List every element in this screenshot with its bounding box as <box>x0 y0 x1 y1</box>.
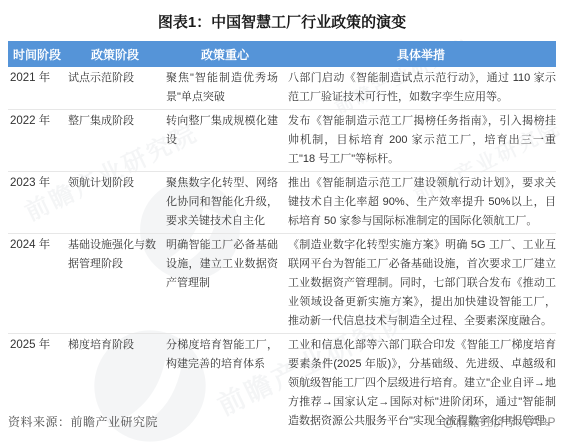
header-policy-focus: 政策重心 <box>164 46 286 63</box>
cell-measures: 推出《智能制造示范工厂建设领航行动计划》，要求关键技术自主化率超 90%、生产效… <box>286 173 556 231</box>
cell-period: 2021 年 <box>8 68 66 107</box>
header-policy-stage: 政策阶段 <box>66 46 164 63</box>
cell-stage: 领航计划阶段 <box>66 173 164 231</box>
cell-measures: 八部门启动《智能制造试点示范行动》，通过 110 家示范工厂验证技术可行性，如数… <box>286 68 556 107</box>
cell-period: 2024 年 <box>8 235 66 331</box>
policy-table: 时间阶段 政策阶段 政策重心 具体举措 2021 年 试点示范阶段 聚焦"智能制… <box>8 41 556 433</box>
cell-focus: 转向整厂集成规模化建设 <box>164 111 286 169</box>
cell-period: 2023 年 <box>8 173 66 231</box>
credit-note: @前瞻经济学人APP <box>443 413 556 430</box>
cell-focus: 聚焦数字化转型、网络化协同和智能化升级，要求关键技术自主化 <box>164 173 286 231</box>
cell-measures: 《制造业数字化转型实施方案》明确 5G 工厂、工业互联网平台为智能工厂必备基础设… <box>286 235 556 331</box>
cell-focus: 聚焦"智能制造优秀场景"单点突破 <box>164 68 286 107</box>
cell-stage: 整厂集成阶段 <box>66 111 164 169</box>
figure-footer: 资料来源：前瞻产业研究院 @前瞻经济学人APP <box>8 413 556 430</box>
cell-stage: 试点示范阶段 <box>66 68 164 107</box>
table-row-2024: 2024 年 基础设施强化与数据管理阶段 明确智能工厂必备基础设施，建立工业数据… <box>8 234 556 334</box>
policy-figure: 前瞻产业研究院 前瞻产业研究院 前瞻产业研究院 前瞻产业研究院 图表1：中国智慧… <box>0 0 564 442</box>
cell-focus: 明确智能工厂必备基础设施，建立工业数据资产管理制 <box>164 235 286 331</box>
cell-measures: 发布《智能制造示范工厂揭榜任务指南》，引入揭榜挂帅机制，目标培育 200 家示范… <box>286 111 556 169</box>
table-row-2023: 2023 年 领航计划阶段 聚焦数字化转型、网络化协同和智能化升级，要求关键技术… <box>8 172 556 234</box>
source-note: 资料来源：前瞻产业研究院 <box>8 413 158 430</box>
cell-period: 2022 年 <box>8 111 66 169</box>
table-header-row: 时间阶段 政策阶段 政策重心 具体举措 <box>8 41 556 67</box>
header-time-period: 时间阶段 <box>8 46 66 63</box>
table-row-2021: 2021 年 试点示范阶段 聚焦"智能制造优秀场景"单点突破 八部门启动《智能制… <box>8 67 556 110</box>
cell-stage: 基础设施强化与数据管理阶段 <box>66 235 164 331</box>
header-measures: 具体举措 <box>286 46 556 63</box>
figure-title: 图表1：中国智慧工厂行业政策的演变 <box>0 0 564 41</box>
table-row-2022: 2022 年 整厂集成阶段 转向整厂集成规模化建设 发布《智能制造示范工厂揭榜任… <box>8 110 556 172</box>
